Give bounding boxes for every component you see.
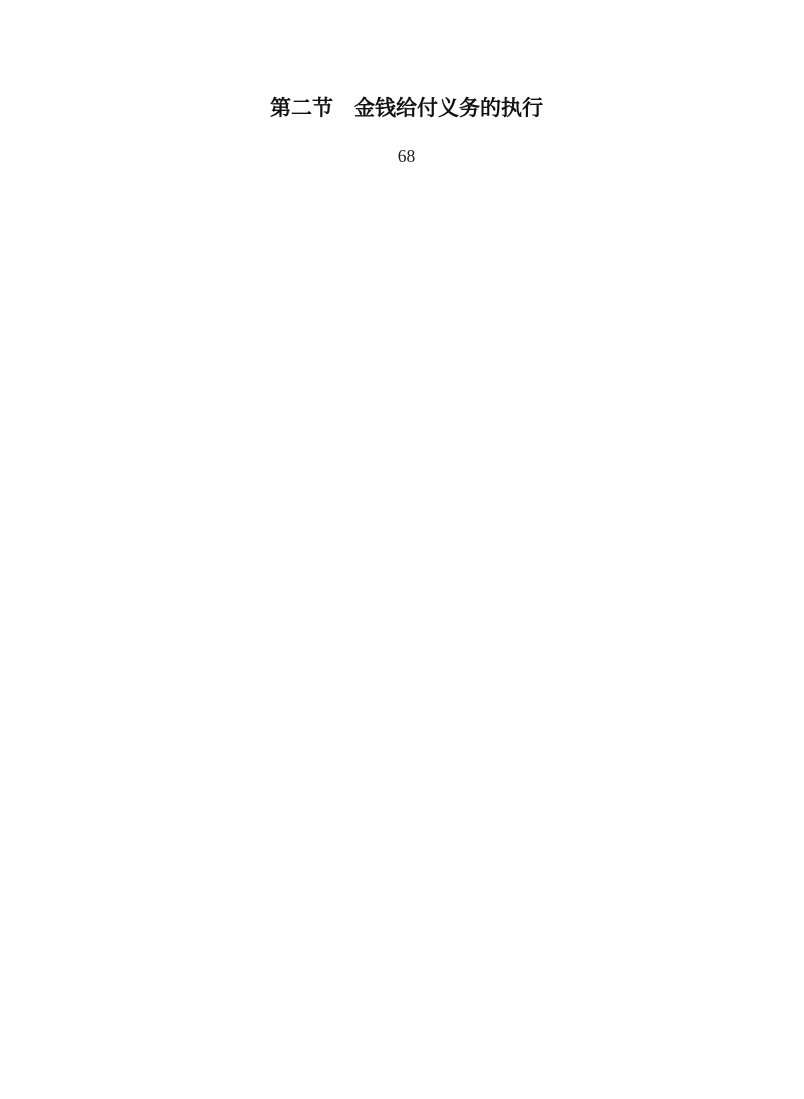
section-heading: 第二节 金钱给付义务的执行 — [61, 92, 752, 125]
page-number: 68 — [61, 145, 752, 167]
document-body: 第二节 金钱给付义务的执行 — [61, 92, 752, 125]
document-page: 第二节 金钱给付义务的执行 68 — [0, 0, 804, 1099]
